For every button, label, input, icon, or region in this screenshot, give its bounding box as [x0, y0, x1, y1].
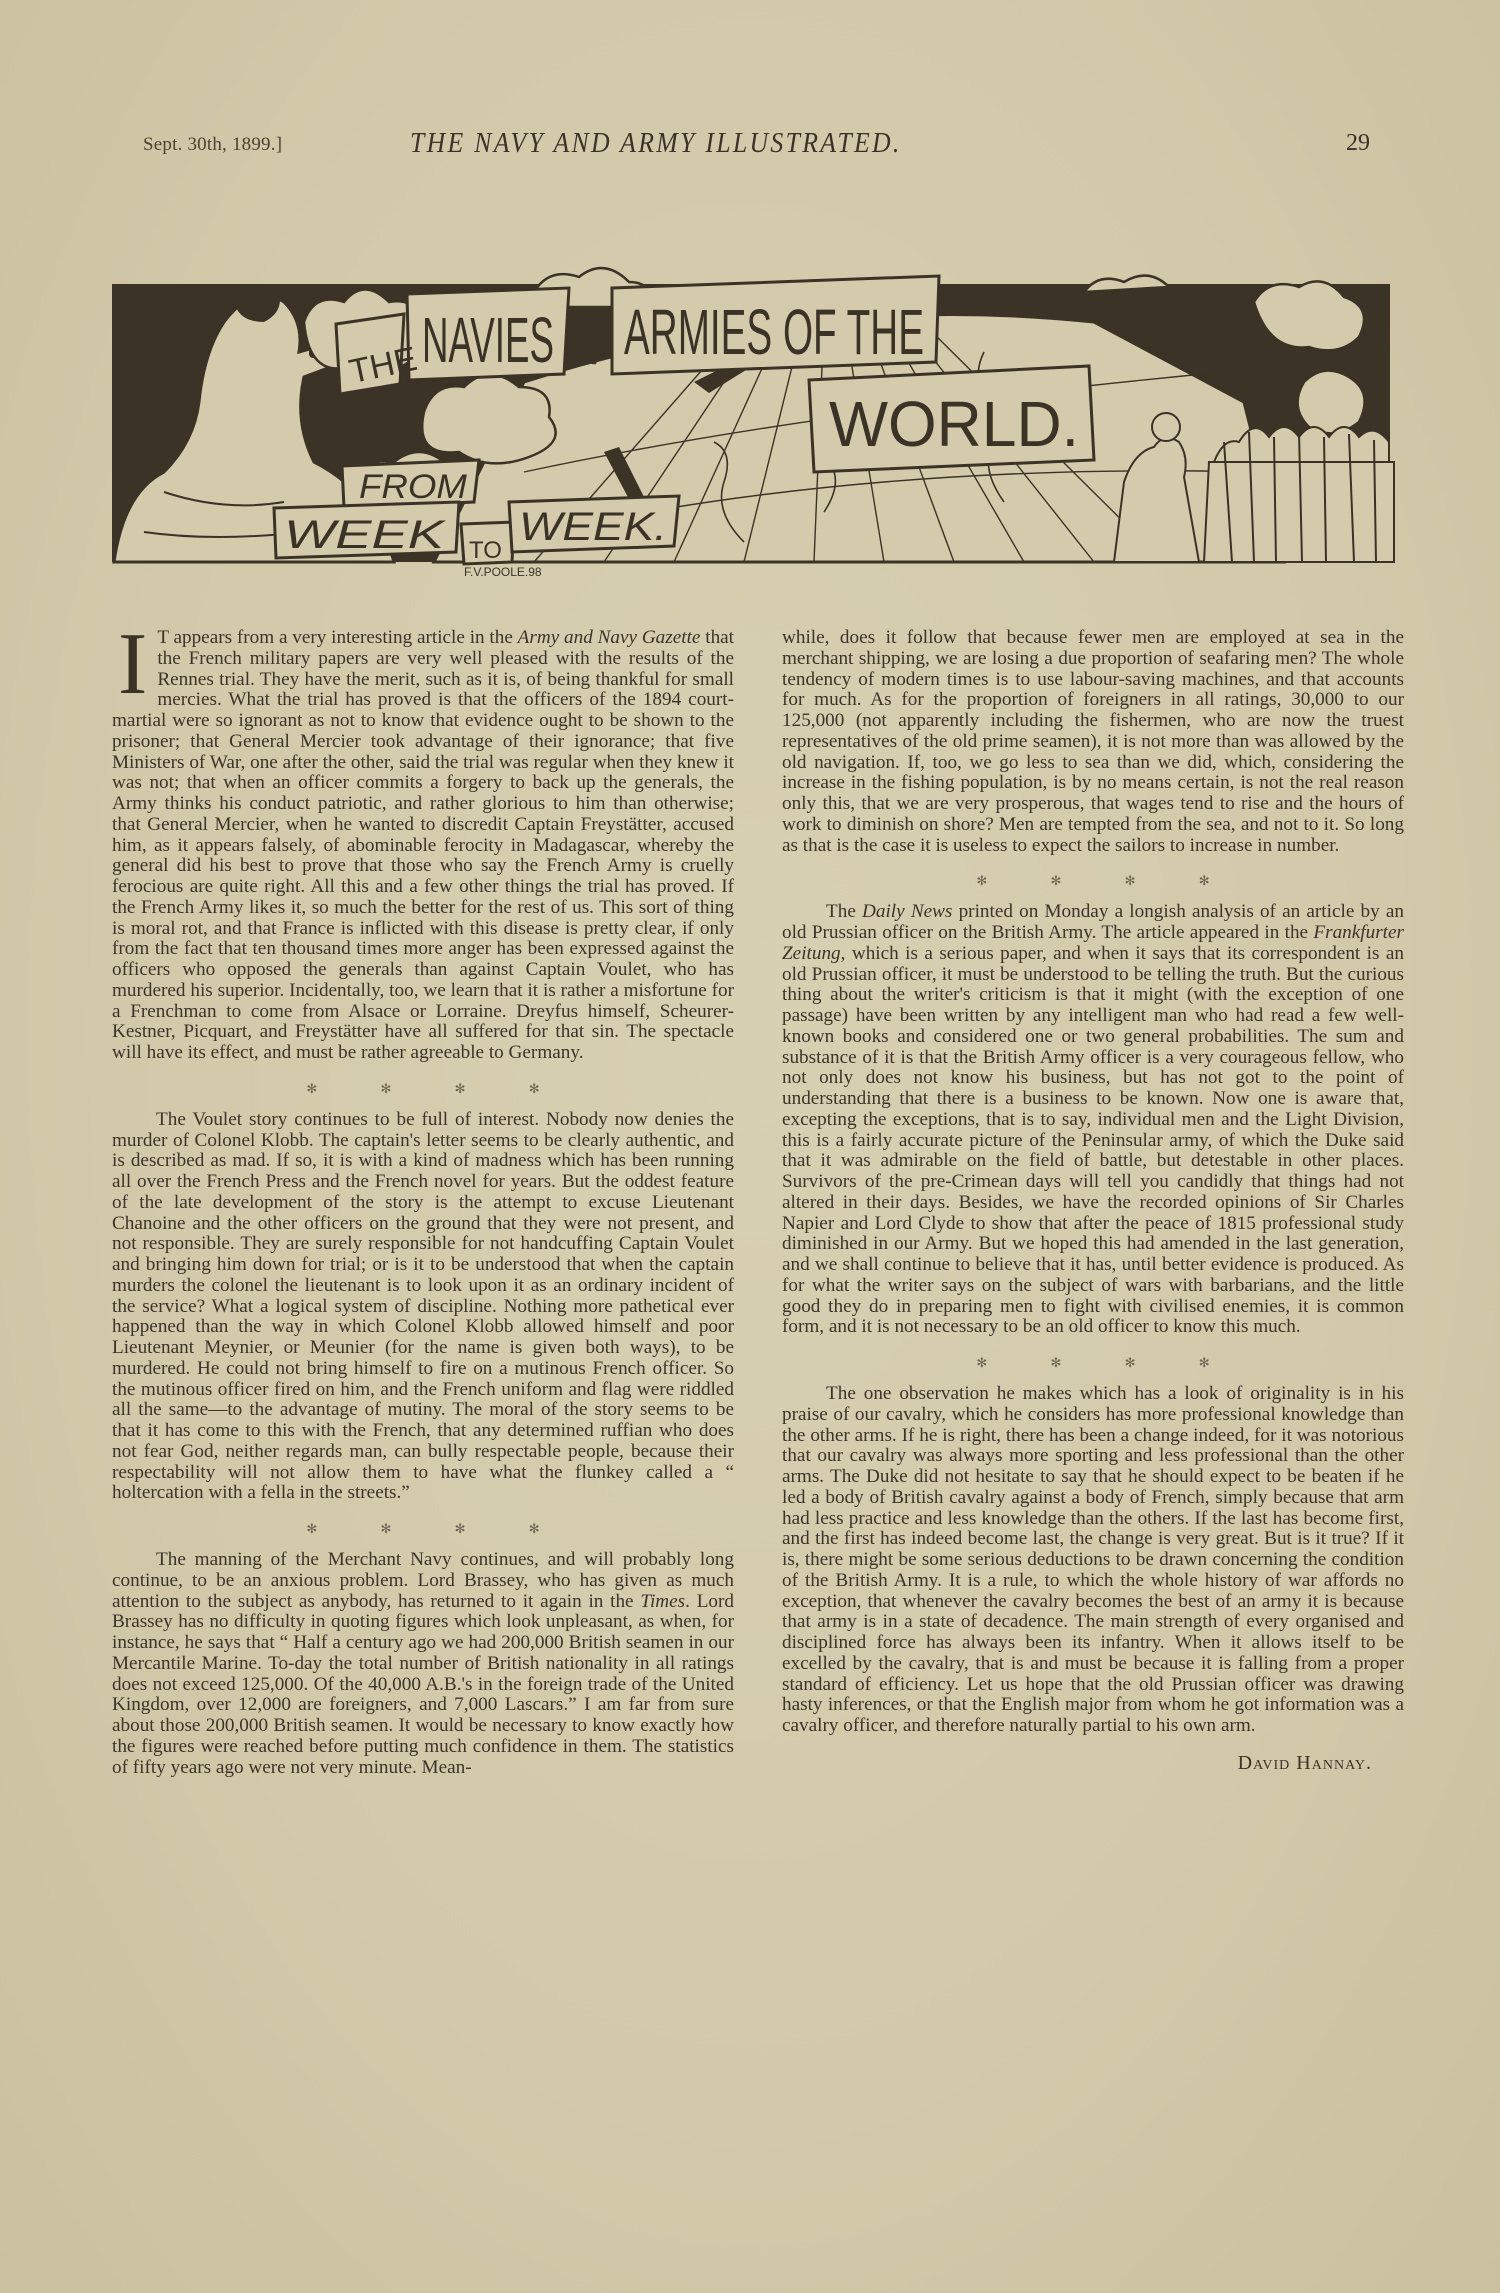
banner-illustration-icon: THE NAVIES & ARMIES OF THE WORLD. FROM W… — [104, 262, 1396, 580]
svg-text:&: & — [572, 329, 599, 373]
paragraph-voulet-story: The Voulet story continues to be full of… — [112, 1110, 734, 1504]
publication-title: THE NAVY AND ARMY ILLUSTRATED. — [410, 128, 902, 160]
paragraph-rennes-trial: IT appears from a very interesting artic… — [112, 628, 734, 1064]
publication-name: Army and Navy Gazette — [518, 627, 701, 648]
article-left-column: IT appears from a very interesting artic… — [112, 628, 734, 1778]
paragraph-cavalry: The one observation he makes which has a… — [782, 1384, 1404, 1737]
section-divider: ✻ ✻ ✻ ✻ — [782, 874, 1404, 888]
newspaper-page: Sept. 30th, 1899.] THE NAVY AND ARMY ILL… — [0, 0, 1500, 2293]
svg-text:ARMIES OF THE: ARMIES OF THE — [624, 296, 924, 368]
publication-name: Daily News — [862, 901, 952, 922]
author-signature: David Hannay. — [782, 1753, 1404, 1774]
svg-text:WEEK: WEEK — [284, 513, 447, 557]
svg-text:F.V.POOLE.98: F.V.POOLE.98 — [464, 565, 542, 579]
issue-date: Sept. 30th, 1899.] — [143, 134, 282, 156]
svg-text:FROM: FROM — [359, 468, 468, 506]
section-divider: ✻ ✻ ✻ ✻ — [112, 1082, 734, 1096]
page-number: 29 — [1346, 130, 1370, 157]
paragraph-prussian-officer: The Daily News printed on Monday a longi… — [782, 902, 1404, 1338]
drop-cap: I — [118, 632, 147, 698]
publication-name: Times — [640, 1591, 685, 1612]
article-right-column: while, does it follow that because fewer… — [782, 628, 1404, 1774]
section-divider: ✻ ✻ ✻ ✻ — [782, 1356, 1404, 1370]
svg-text:TO: TO — [469, 537, 502, 564]
running-head: Sept. 30th, 1899.] THE NAVY AND ARMY ILL… — [140, 128, 1370, 162]
section-divider: ✻ ✻ ✻ ✻ — [112, 1522, 734, 1536]
paragraph-merchant-navy: The manning of the Merchant Navy continu… — [112, 1550, 734, 1778]
paragraph-merchant-navy-continued: while, does it follow that because fewer… — [782, 628, 1404, 856]
svg-text:NAVIES: NAVIES — [422, 304, 554, 376]
svg-text:WEEK.: WEEK. — [519, 505, 667, 549]
masthead-illustration: THE NAVIES & ARMIES OF THE WORLD. FROM W… — [104, 262, 1396, 580]
svg-text:WORLD.: WORLD. — [829, 388, 1079, 460]
